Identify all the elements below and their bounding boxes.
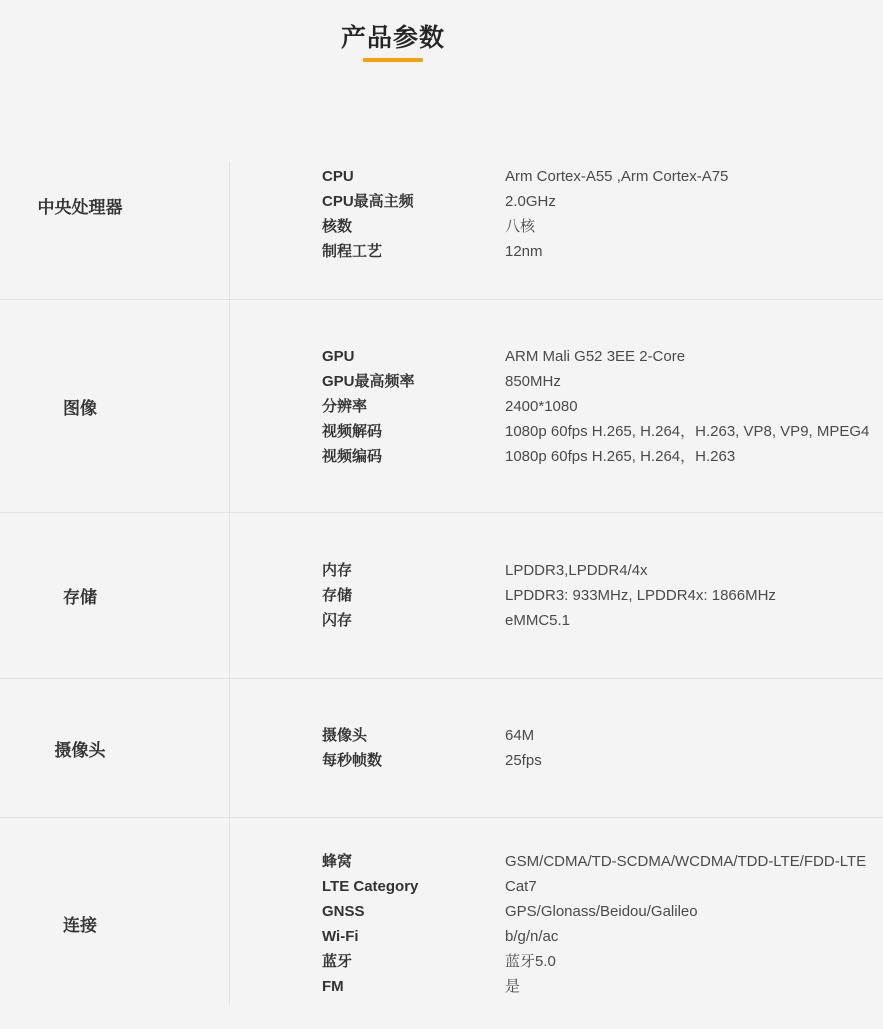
- spec-label: FM: [322, 974, 505, 999]
- section-name: 摄像头: [0, 736, 160, 761]
- spec-row: 摄像头 64M: [230, 723, 883, 748]
- spec-label: 蓝牙: [322, 949, 505, 974]
- spec-value: eMMC5.1: [505, 608, 883, 633]
- spec-value: 2400*1080: [505, 394, 883, 419]
- spec-value: 1080p 60fps H.265, H.264，H.263, VP8, VP9…: [505, 419, 883, 444]
- spec-value: LPDDR3: 933MHz, LPDDR4x: 1866MHz: [505, 583, 883, 608]
- spec-row: CPU Arm Cortex-A55 ,Arm Cortex-A75: [230, 164, 883, 189]
- spec-label: 摄像头: [322, 723, 505, 748]
- spec-value: 12nm: [505, 239, 883, 264]
- spec-row: GPU ARM Mali G52 3EE 2-Core: [230, 344, 883, 369]
- spec-row: 内存 LPDDR3,LPDDR4/4x: [230, 558, 883, 583]
- spec-row: GNSS GPS/Glonass/Beidou/Galileo: [230, 899, 883, 924]
- spec-label: 闪存: [322, 608, 505, 633]
- spec-label: 视频编码: [322, 444, 505, 469]
- section-rows: CPU Arm Cortex-A55 ,Arm Cortex-A75 CPU最高…: [230, 162, 883, 299]
- spec-row: GPU最高频率 850MHz: [230, 369, 883, 394]
- spec-row: 每秒帧数 25fps: [230, 748, 883, 773]
- section-name: 图像: [0, 394, 160, 419]
- spec-row: 蓝牙 蓝牙5.0: [230, 949, 883, 974]
- spec-value: GPS/Glonass/Beidou/Galileo: [505, 899, 883, 924]
- spec-label: 核数: [322, 214, 505, 239]
- spec-label: 蜂窝: [322, 849, 505, 874]
- spec-section: 摄像头 摄像头 64M 每秒帧数 25fps: [0, 679, 883, 818]
- section-name: 连接: [0, 911, 160, 936]
- section-name-cell: 连接: [0, 818, 230, 1029]
- spec-label: 制程工艺: [322, 239, 505, 264]
- page-title: 产品参数: [0, 18, 786, 54]
- spec-row: LTE Category Cat7: [230, 874, 883, 899]
- spec-row: 视频编码 1080p 60fps H.265, H.264，H.263: [230, 444, 883, 469]
- spec-value: 蓝牙5.0: [505, 949, 883, 974]
- title-underline-accent: [363, 58, 423, 62]
- spec-row: 制程工艺 12nm: [230, 239, 883, 264]
- section-rows: GPU ARM Mali G52 3EE 2-Core GPU最高频率 850M…: [230, 300, 883, 512]
- spec-label: GPU最高频率: [322, 369, 505, 394]
- spec-value: 2.0GHz: [505, 189, 883, 214]
- section-name: 中央处理器: [0, 193, 160, 218]
- spec-label: Wi-Fi: [322, 924, 505, 949]
- page-header: 产品参数: [0, 0, 883, 162]
- section-rows: 摄像头 64M 每秒帧数 25fps: [230, 679, 883, 817]
- spec-value: 八核: [505, 214, 883, 239]
- section-name-cell: 中央处理器: [0, 162, 230, 299]
- spec-label: 存储: [322, 583, 505, 608]
- spec-label: CPU最高主频: [322, 189, 505, 214]
- spec-value: 1080p 60fps H.265, H.264，H.263: [505, 444, 883, 469]
- section-name-cell: 摄像头: [0, 679, 230, 817]
- section-name-cell: 存储: [0, 513, 230, 678]
- spec-table: 中央处理器 CPU Arm Cortex-A55 ,Arm Cortex-A75…: [0, 162, 883, 1029]
- section-name-cell: 图像: [0, 300, 230, 512]
- spec-label: LTE Category: [322, 874, 505, 899]
- spec-row: 视频解码 1080p 60fps H.265, H.264，H.263, VP8…: [230, 419, 883, 444]
- spec-section: 图像 GPU ARM Mali G52 3EE 2-Core GPU最高频率 8…: [0, 300, 883, 513]
- spec-value: ARM Mali G52 3EE 2-Core: [505, 344, 883, 369]
- spec-label: 每秒帧数: [322, 748, 505, 773]
- spec-value: LPDDR3,LPDDR4/4x: [505, 558, 883, 583]
- spec-label: 分辨率: [322, 394, 505, 419]
- spec-label: CPU: [322, 164, 505, 189]
- spec-row: FM 是: [230, 974, 883, 999]
- spec-section: 中央处理器 CPU Arm Cortex-A55 ,Arm Cortex-A75…: [0, 162, 883, 300]
- product-spec-page: 产品参数 中央处理器 CPU Arm Cortex-A55 ,Arm Corte…: [0, 0, 883, 1029]
- section-rows: 蜂窝 GSM/CDMA/TD-SCDMA/WCDMA/TDD-LTE/FDD-L…: [230, 818, 883, 1029]
- spec-value: 25fps: [505, 748, 883, 773]
- spec-value: 64M: [505, 723, 883, 748]
- spec-value: GSM/CDMA/TD-SCDMA/WCDMA/TDD-LTE/FDD-LTE: [505, 849, 883, 874]
- spec-value: Cat7: [505, 874, 883, 899]
- spec-row: Wi-Fi b/g/n/ac: [230, 924, 883, 949]
- section-name: 存储: [0, 583, 160, 608]
- spec-label: 视频解码: [322, 419, 505, 444]
- spec-row: 闪存 eMMC5.1: [230, 608, 883, 633]
- spec-row: 分辨率 2400*1080: [230, 394, 883, 419]
- spec-value: b/g/n/ac: [505, 924, 883, 949]
- spec-value: Arm Cortex-A55 ,Arm Cortex-A75: [505, 164, 883, 189]
- spec-row: CPU最高主频 2.0GHz: [230, 189, 883, 214]
- spec-value: 850MHz: [505, 369, 883, 394]
- spec-label: GPU: [322, 344, 505, 369]
- spec-label: GNSS: [322, 899, 505, 924]
- spec-section: 存储 内存 LPDDR3,LPDDR4/4x 存储 LPDDR3: 933MHz…: [0, 513, 883, 679]
- spec-value: 是: [505, 974, 883, 999]
- section-rows: 内存 LPDDR3,LPDDR4/4x 存储 LPDDR3: 933MHz, L…: [230, 513, 883, 678]
- spec-row: 核数 八核: [230, 214, 883, 239]
- spec-row: 蜂窝 GSM/CDMA/TD-SCDMA/WCDMA/TDD-LTE/FDD-L…: [230, 849, 883, 874]
- spec-section: 连接 蜂窝 GSM/CDMA/TD-SCDMA/WCDMA/TDD-LTE/FD…: [0, 818, 883, 1029]
- spec-row: 存储 LPDDR3: 933MHz, LPDDR4x: 1866MHz: [230, 583, 883, 608]
- spec-label: 内存: [322, 558, 505, 583]
